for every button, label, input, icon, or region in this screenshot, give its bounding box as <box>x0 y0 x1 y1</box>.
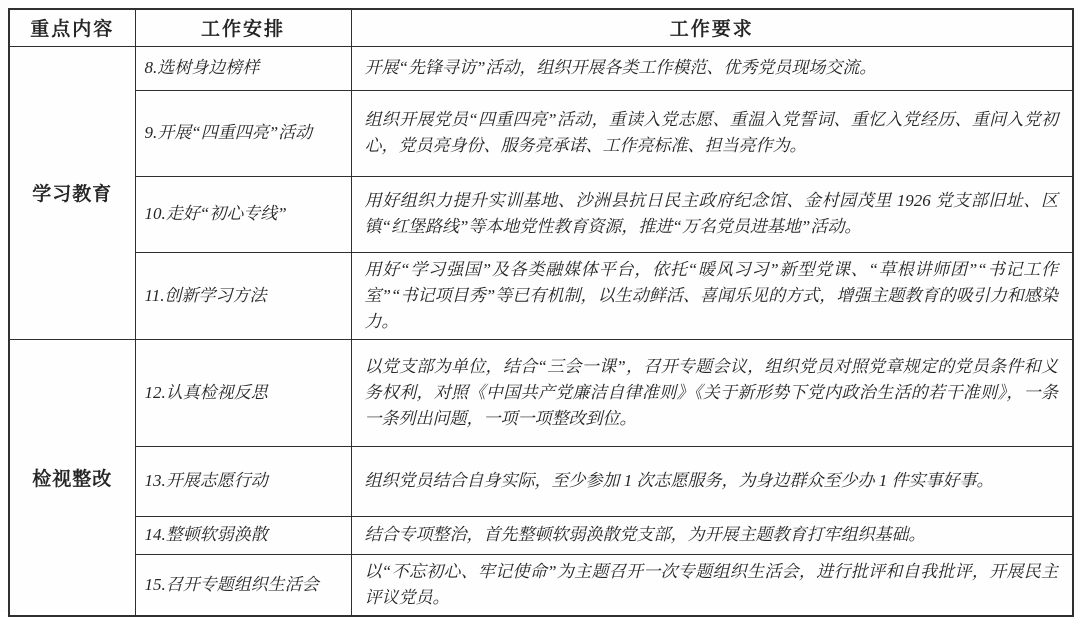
header-row: 重点内容 工作安排 工作要求 <box>9 9 1073 46</box>
requirement-cell: 组织开展党员“四重四亮”活动，重读入党志愿、重温入党誓词、重忆入党经历、重问入党… <box>351 90 1073 176</box>
table-row: 11.创新学习方法 用好“学习强国”及各类融媒体平台，依托“暖风习习”新型党课、… <box>9 252 1073 339</box>
requirement-cell: 开展“先锋寻访”活动，组织开展各类工作模范、优秀党员现场交流。 <box>351 46 1073 90</box>
table-row: 10.走好“初心专线” 用好组织力提升实训基地、沙洲县抗日民主政府纪念馆、金村园… <box>9 176 1073 252</box>
work-plan-table: 重点内容 工作安排 工作要求 学习教育 8.选树身边榜样 开展“先锋寻访”活动，… <box>8 8 1074 617</box>
header-work-arrangement: 工作安排 <box>135 9 351 46</box>
arrangement-cell: 15.召开专题组织生活会 <box>135 554 351 616</box>
arrangement-cell: 12.认真检视反思 <box>135 339 351 446</box>
table-row: 学习教育 8.选树身边榜样 开展“先锋寻访”活动，组织开展各类工作模范、优秀党员… <box>9 46 1073 90</box>
table-row: 9.开展“四重四亮”活动 组织开展党员“四重四亮”活动，重读入党志愿、重温入党誓… <box>9 90 1073 176</box>
category-cell-review-rectify: 检视整改 <box>9 339 135 616</box>
arrangement-cell: 9.开展“四重四亮”活动 <box>135 90 351 176</box>
requirement-cell: 结合专项整治，首先整顿软弱涣散党支部，为开展主题教育打牢组织基础。 <box>351 516 1073 554</box>
arrangement-cell: 10.走好“初心专线” <box>135 176 351 252</box>
table-row: 13.开展志愿行动 组织党员结合自身实际，至少参加 1 次志愿服务，为身边群众至… <box>9 446 1073 516</box>
header-work-requirement: 工作要求 <box>351 9 1073 46</box>
table-row: 15.召开专题组织生活会 以“不忘初心、牢记使命”为主题召开一次专题组织生活会，… <box>9 554 1073 616</box>
arrangement-cell: 8.选树身边榜样 <box>135 46 351 90</box>
requirement-cell: 以党支部为单位，结合“三会一课”，召开专题会议，组织党员对照党章规定的党员条件和… <box>351 339 1073 446</box>
requirement-cell: 组织党员结合自身实际，至少参加 1 次志愿服务，为身边群众至少办 1 件实事好事… <box>351 446 1073 516</box>
arrangement-cell: 13.开展志愿行动 <box>135 446 351 516</box>
requirement-cell: 用好“学习强国”及各类融媒体平台，依托“暖风习习”新型党课、“草根讲师团”“书记… <box>351 252 1073 339</box>
header-key-content: 重点内容 <box>9 9 135 46</box>
scanned-document-page: 重点内容 工作安排 工作要求 学习教育 8.选树身边榜样 开展“先锋寻访”活动，… <box>0 0 1080 612</box>
category-cell-study-education: 学习教育 <box>9 46 135 339</box>
arrangement-cell: 14.整顿软弱涣散 <box>135 516 351 554</box>
requirement-cell: 用好组织力提升实训基地、沙洲县抗日民主政府纪念馆、金村园茂里 1926 党支部旧… <box>351 176 1073 252</box>
arrangement-cell: 11.创新学习方法 <box>135 252 351 339</box>
requirement-cell: 以“不忘初心、牢记使命”为主题召开一次专题组织生活会，进行批评和自我批评，开展民… <box>351 554 1073 616</box>
table-row: 检视整改 12.认真检视反思 以党支部为单位，结合“三会一课”，召开专题会议，组… <box>9 339 1073 446</box>
table-row: 14.整顿软弱涣散 结合专项整治，首先整顿软弱涣散党支部，为开展主题教育打牢组织… <box>9 516 1073 554</box>
